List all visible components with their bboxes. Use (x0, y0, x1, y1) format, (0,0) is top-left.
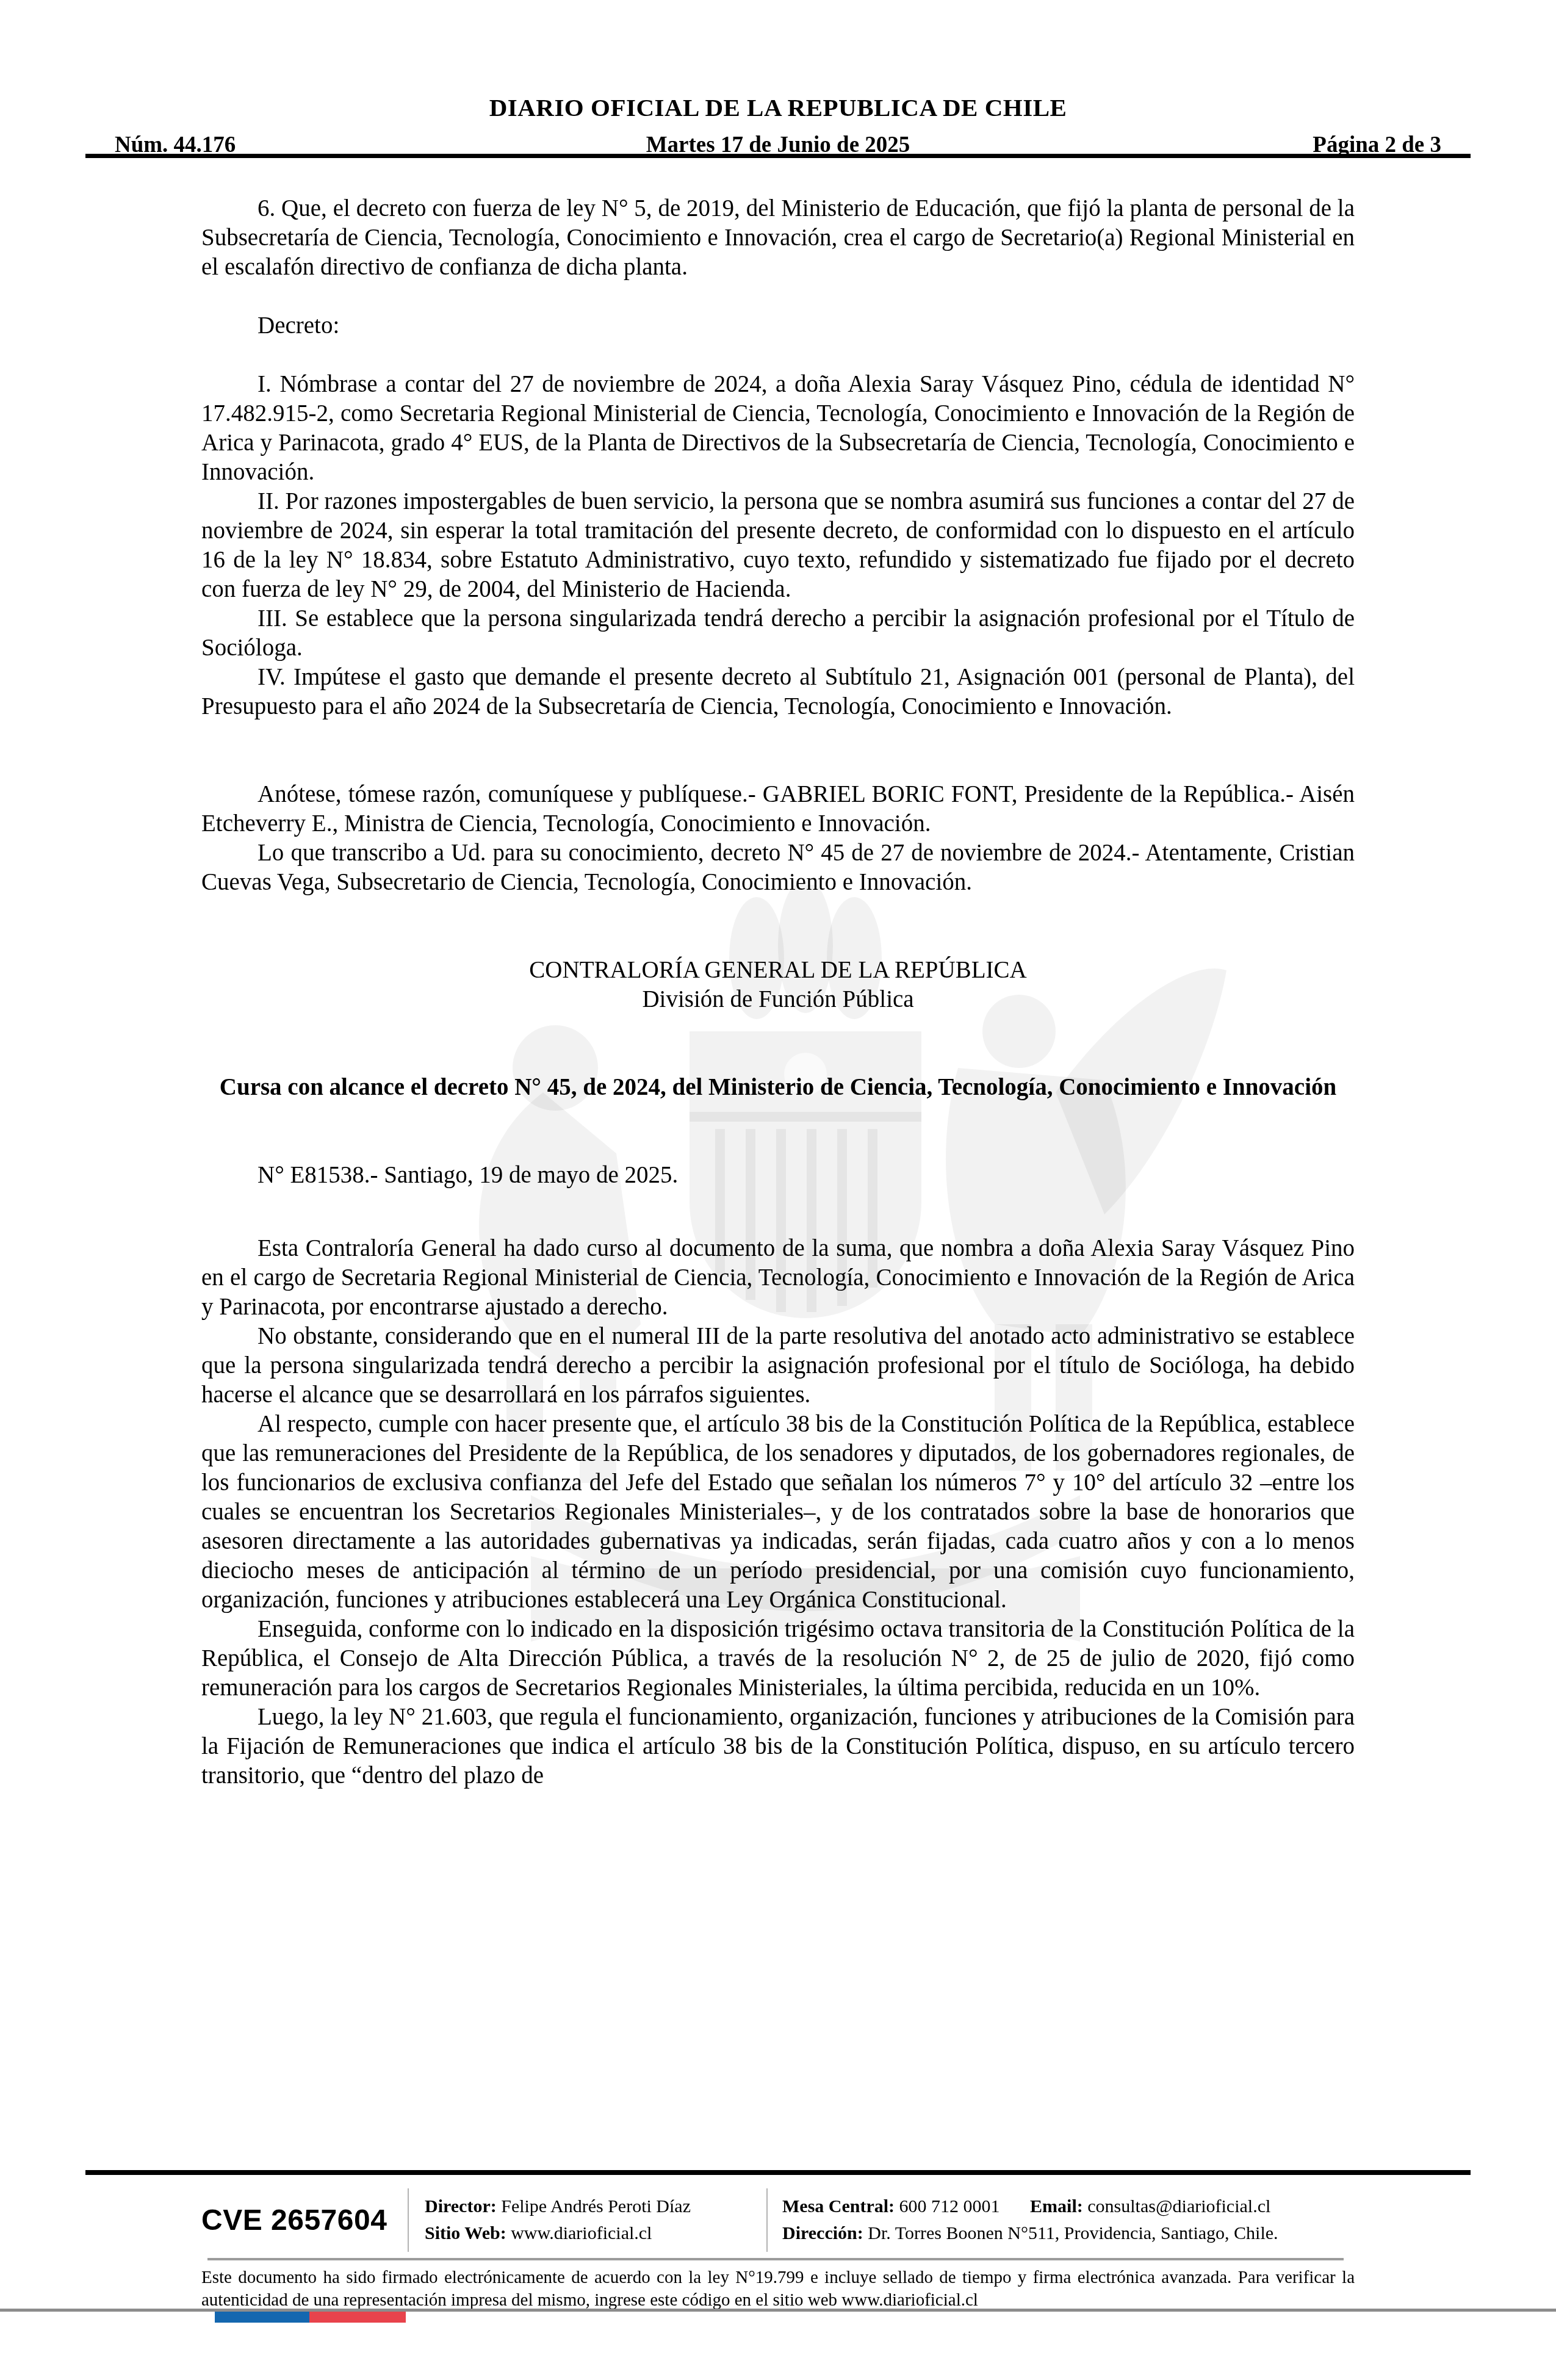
paragraph-numeral-2: II. Por razones impostergables de buen s… (201, 487, 1355, 604)
contraloria-division-name: División de Función Pública (201, 985, 1355, 1014)
publication-title: DIARIO OFICIAL DE LA REPUBLICA DE CHILE (0, 93, 1556, 122)
paragraph-no-obstante: No obstante, considerando que en el nume… (201, 1322, 1355, 1410)
sitioweb-line: Sitio Web: www.diarioficial.cl (425, 2220, 766, 2247)
footer-contact-column: Mesa Central: 600 712 0001 Email: consul… (768, 2193, 1355, 2247)
paragraph-numeral-3: III. Se establece que la persona singula… (201, 604, 1355, 663)
contact-line: Mesa Central: 600 712 0001 Email: consul… (782, 2193, 1355, 2220)
paragraph-decreto-label: Decreto: (201, 311, 1355, 341)
contraloria-org-name: CONTRALORÍA GENERAL DE LA REPÚBLICA (201, 956, 1355, 985)
paragraph-curso-documento: Esta Contraloría General ha dado curso a… (201, 1234, 1355, 1322)
email-label: Email: (1030, 2196, 1083, 2216)
director-value: Felipe Andrés Peroti Díaz (501, 2196, 691, 2216)
flag-red-segment (309, 2312, 406, 2323)
sitioweb-label: Sitio Web: (425, 2223, 506, 2243)
signature-disclaimer: Este documento ha sido firmado electróni… (201, 2266, 1355, 2312)
footer-top-divider (85, 2170, 1471, 2175)
paragraph-enseguida: Enseguida, conforme con lo indicado en l… (201, 1615, 1355, 1703)
direccion-value: Dr. Torres Boonen N°511, Providencia, Sa… (868, 2223, 1278, 2243)
decision-heading: Cursa con alcance el decreto N° 45, de 2… (201, 1073, 1355, 1102)
direccion-line: Dirección: Dr. Torres Boonen N°511, Prov… (782, 2220, 1355, 2247)
director-line: Director: Felipe Andrés Peroti Díaz (425, 2193, 766, 2220)
chile-flag-bar (215, 2312, 406, 2323)
paragraph-numeral-1: I. Nómbrase a contar del 27 de noviembre… (201, 370, 1355, 487)
page-header: DIARIO OFICIAL DE LA REPUBLICA DE CHILE … (0, 93, 1556, 158)
paragraph-anotese: Anótese, tómese razón, comuníquese y pub… (201, 780, 1355, 838)
paragraph-numeral-4: IV. Impútese el gasto que demande el pre… (201, 663, 1355, 721)
footer-box-bottom-divider (207, 2258, 1344, 2260)
director-label: Director: (425, 2196, 497, 2216)
cve-code: CVE 2657604 (201, 2204, 408, 2237)
footer-director-column: Director: Felipe Andrés Peroti Díaz Siti… (409, 2193, 766, 2247)
footer-info-box: CVE 2657604 Director: Felipe Andrés Pero… (201, 2186, 1355, 2254)
paragraph-transcripcion: Lo que transcribo a Ud. para su conocimi… (201, 838, 1355, 897)
mesacentral-label: Mesa Central: (782, 2196, 895, 2216)
document-body: 6. Que, el decreto con fuerza de ley N° … (201, 194, 1355, 1790)
diario-oficial-page: DIARIO OFICIAL DE LA REPUBLICA DE CHILE … (0, 0, 1556, 2380)
paragraph-luego: Luego, la ley N° 21.603, que regula el f… (201, 1703, 1355, 1790)
mesacentral-value: 600 712 0001 (899, 2196, 1000, 2216)
email-value: consultas@diarioficial.cl (1087, 2196, 1270, 2216)
direccion-label: Dirección: (782, 2223, 863, 2243)
flag-blue-segment (215, 2312, 309, 2323)
email-group: Email: consultas@diarioficial.cl (1030, 2196, 1270, 2216)
reference-number-line: N° E81538.- Santiago, 19 de mayo de 2025… (201, 1161, 1355, 1190)
sitioweb-value: www.diarioficial.cl (511, 2223, 652, 2243)
paragraph-al-respecto: Al respecto, cumple con hacer presente q… (201, 1410, 1355, 1615)
header-divider (85, 154, 1471, 158)
paragraph-considerando-6: 6. Que, el decreto con fuerza de ley N° … (201, 194, 1355, 282)
